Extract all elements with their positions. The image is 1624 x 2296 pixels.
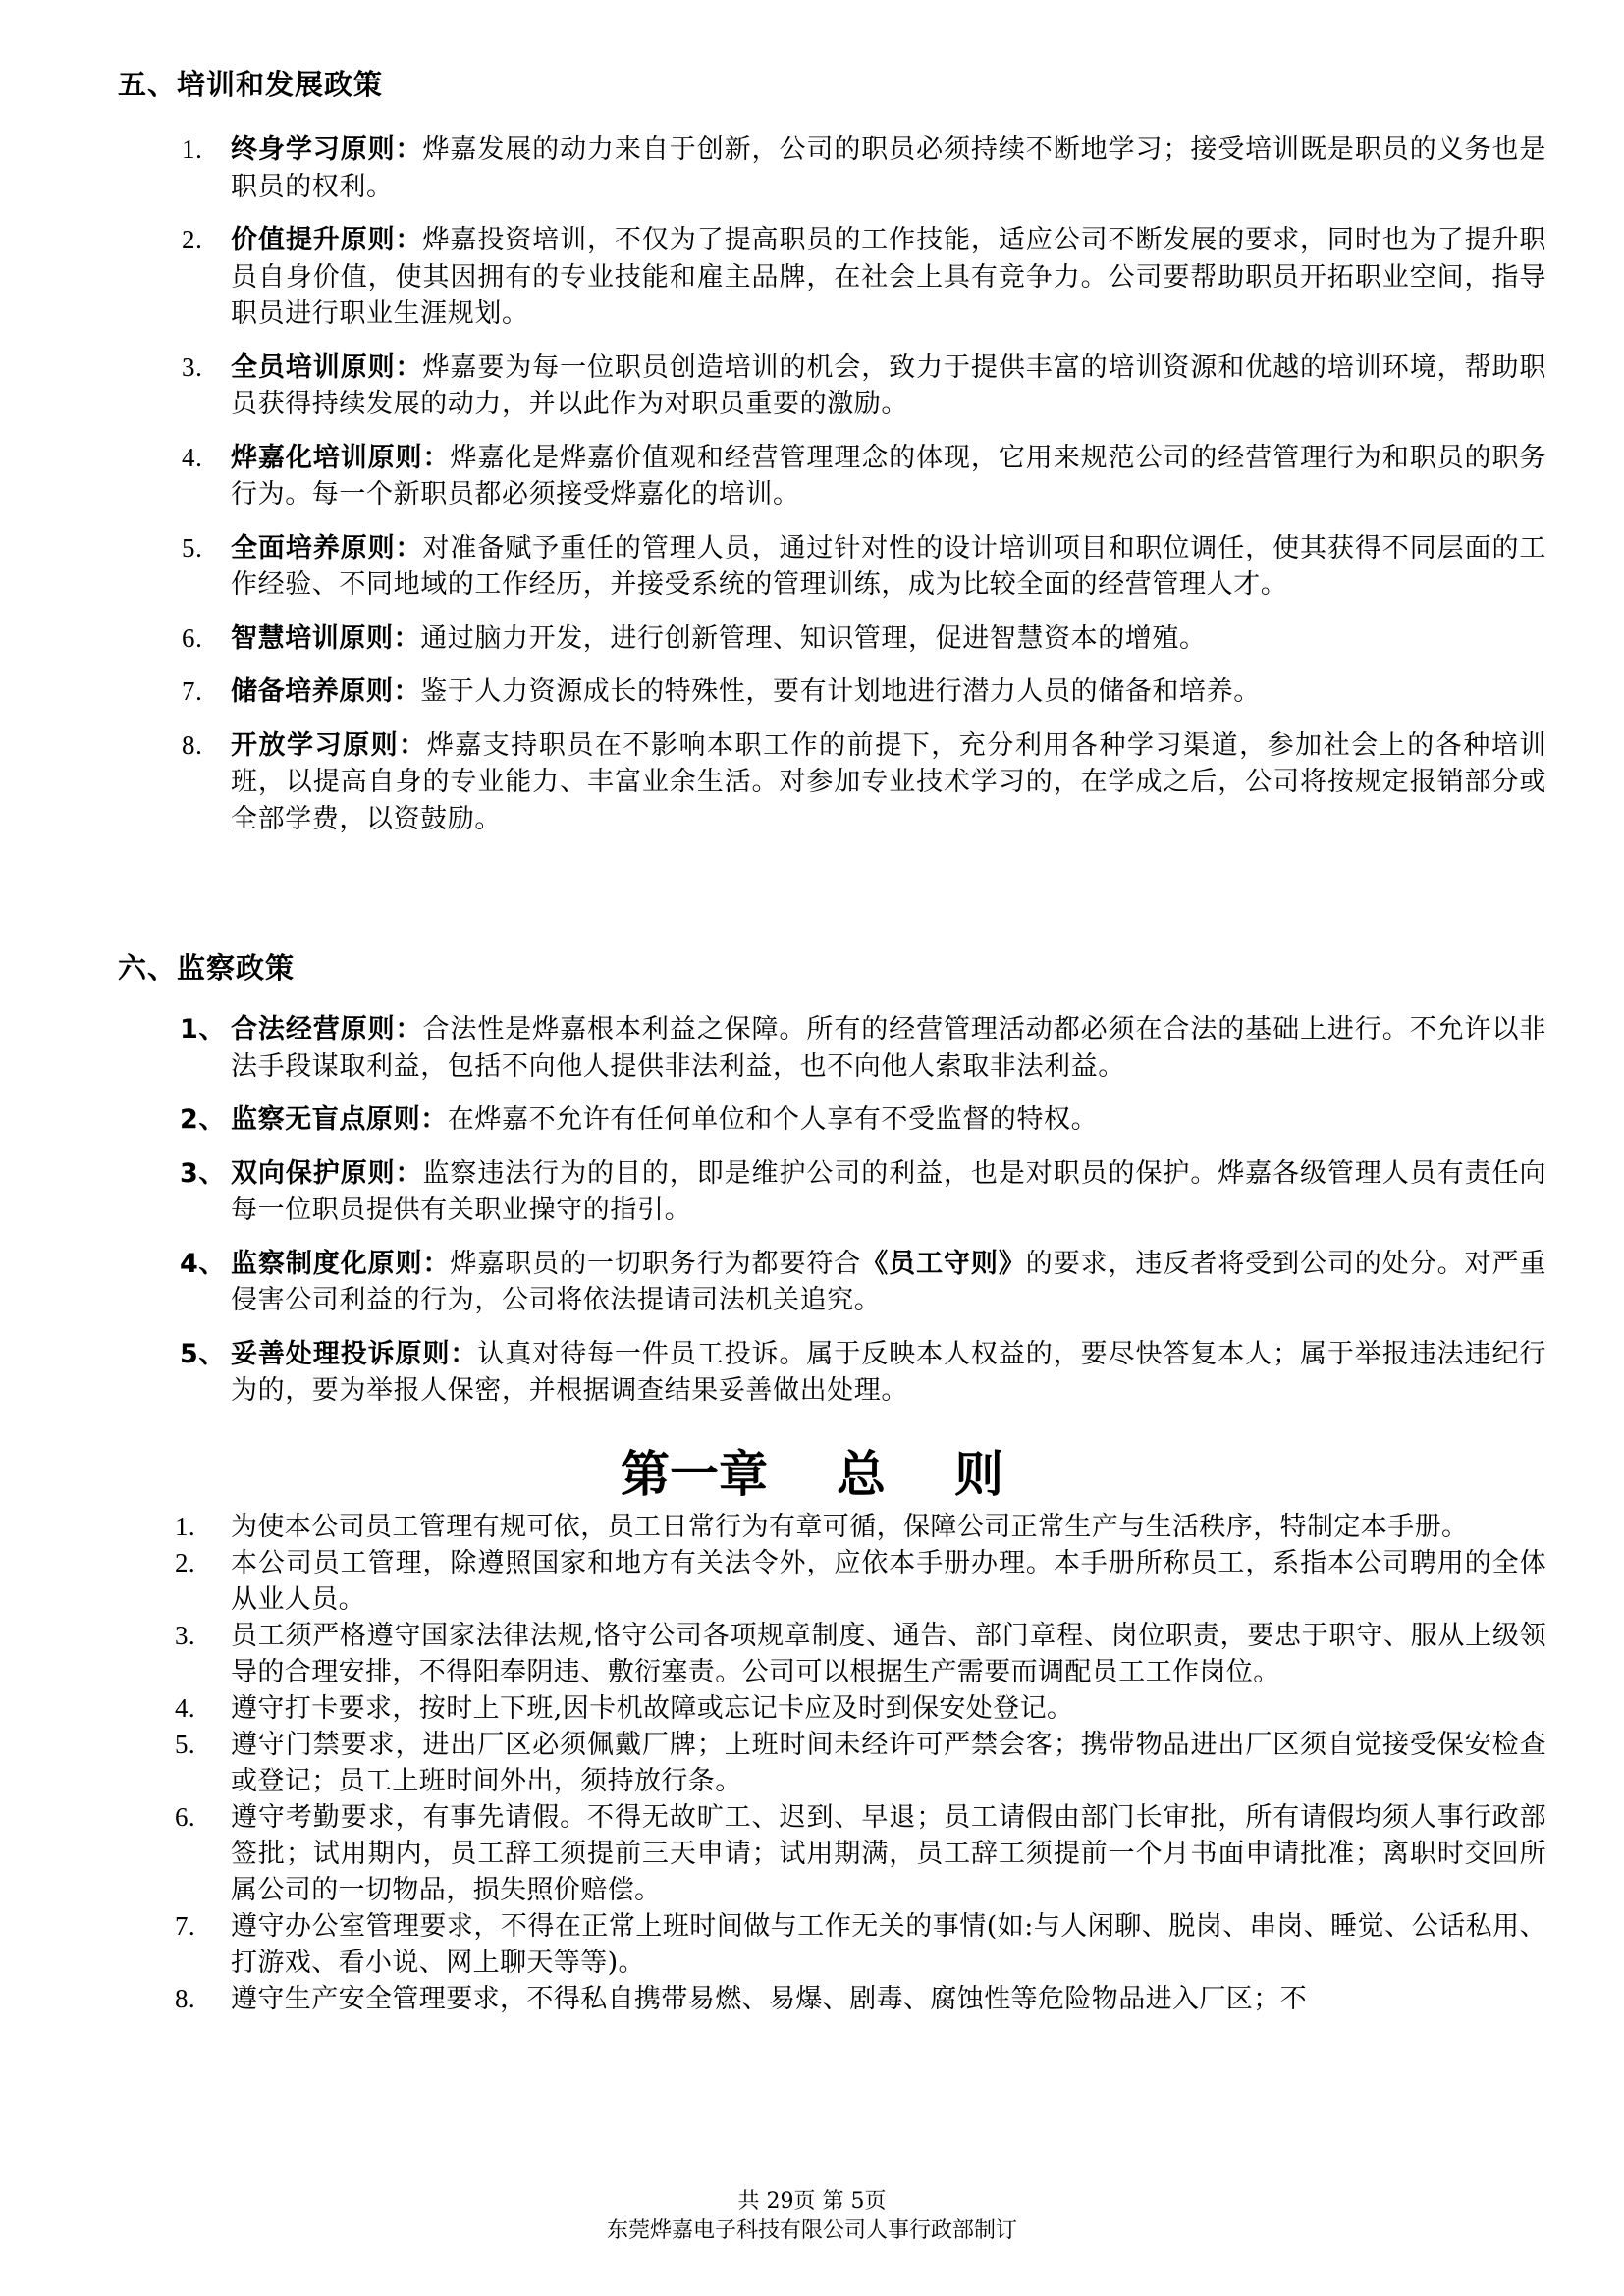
principle-term: 价值提升原则： [231, 225, 422, 255]
principle-term: 烨嘉化培训原则： [231, 443, 450, 473]
list-item: 1、合法经营原则：合法性是烨嘉根本利益之保障。所有的经营管理活动都必须在合法的基… [182, 1011, 1546, 1085]
list-item: 2.价值提升原则：烨嘉投资培训，不仅为了提高职员的工作技能，适应公司不断发展的要… [182, 222, 1546, 333]
principle-text: 烨嘉投资培训，不仅为了提高职员的工作技能，适应公司不断发展的要求，同时也为了提升… [231, 225, 1546, 329]
page-number: 共 29页 第 5页 [0, 2187, 1624, 2216]
rule-text: 遵守门禁要求，进出厂区必须佩戴厂牌；上班时间未经许可严禁会客；携带物品进出厂区须… [231, 1730, 1546, 1796]
principle-text: 烨嘉要为每一位职员创造培训的机会，致力于提供丰富的培训资源和优越的培训环境，帮助… [231, 352, 1546, 420]
rule-text: 遵守生产安全管理要求，不得私自携带易燃、易爆、剧毒、腐蚀性等危险物品进入厂区；不 [231, 1984, 1307, 2014]
item-number: 6. [175, 1799, 195, 1836]
rule-text: 遵守打卡要求，按时上下班,因卡机故障或忘记卡应及时到保安处登记。 [231, 1693, 1073, 1724]
principle-text: 烨嘉发展的动力来自于创新，公司的职员必须持续不断地学习；接受培训既是职员的义务也… [231, 134, 1546, 202]
principle-term: 智慧培训原则： [231, 623, 420, 654]
list-item: 7.储备培养原则：鉴于人力资源成长的特殊性，要有计划地进行潜力人员的储备和培养。 [182, 673, 1546, 711]
item-number: 1. [182, 132, 231, 169]
list-item: 3.全员培训原则：烨嘉要为每一位职员创造培训的机会，致力于提供丰富的培训资源和优… [182, 349, 1546, 423]
principle-text: 通过脑力开发，进行创新管理、知识管理，促进智慧资本的增殖。 [420, 623, 1206, 654]
item-number: 4. [175, 1690, 195, 1727]
principle-term: 监察无盲点原则： [231, 1104, 448, 1135]
list-item: 7.遵守办公室管理要求，不得在正常上班时间做与工作无关的事情(如:与人闲聊、脱岗… [175, 1908, 1546, 1981]
rule-text: 为使本公司员工管理有规可依，员工日常行为有章可循，保障公司正常生产与生活秩序，特… [231, 1512, 1468, 1542]
list-item: 5.全面培养原则：对准备赋予重任的管理人员，通过针对性的设计培训项目和职位调任，… [182, 530, 1546, 604]
principle-text: 合法性是烨嘉根本利益之保障。所有的经营管理活动都必须在合法的基础上进行。不允许以… [231, 1014, 1546, 1082]
principle-term: 储备培养原则： [231, 676, 420, 707]
item-number: 2. [175, 1545, 195, 1581]
list-item: 5.遵守门禁要求，进出厂区必须佩戴厂牌；上班时间未经许可严禁会客；携带物品进出厂… [175, 1727, 1546, 1799]
list-item: 4、监察制度化原则：烨嘉职员的一切职务行为都要符合《员工守则》的要求，违反者将受… [182, 1246, 1546, 1319]
footer-department: 东莞烨嘉电子科技有限公司人事行政部制订 [0, 2216, 1624, 2246]
list-item: 2.本公司员工管理，除遵照国家和地方有关法令外，应依本手册办理。本手册所称员工，… [175, 1545, 1546, 1618]
training-policy-list: 1.终身学习原则：烨嘉发展的动力来自于创新，公司的职员必须持续不断地学习；接受培… [182, 132, 1546, 854]
rule-text: 遵守考勤要求，有事先请假。不得无故旷工、迟到、早退；员工请假由部门长审批，所有请… [231, 1802, 1546, 1905]
principle-text: 烨嘉支持职员在不影响本职工作的前提下，充分利用各种学习渠道，参加社会上的各种培训… [231, 730, 1546, 834]
principle-text: 鉴于人力资源成长的特殊性，要有计划地进行潜力人员的储备和培养。 [420, 676, 1261, 707]
list-item: 3.员工须严格遵守国家法律法规,恪守公司各项规章制度、通告、部门章程、岗位职责，… [175, 1618, 1546, 1690]
chapter-title-number: 第一章 [621, 1443, 768, 1506]
list-item: 2、监察无盲点原则：在烨嘉不允许有任何单位和个人享有不受监督的特权。 [182, 1101, 1546, 1139]
principle-term: 合法经营原则： [231, 1014, 422, 1044]
principle-text: 在烨嘉不允许有任何单位和个人享有不受监督的特权。 [448, 1104, 1098, 1135]
item-number: 3、 [180, 1155, 229, 1193]
principle-term: 监察制度化原则： [231, 1249, 450, 1279]
list-item: 4.烨嘉化培训原则：烨嘉化是烨嘉价值观和经营管理理念的体现，它用来规范公司的经营… [182, 440, 1546, 513]
list-item: 5、妥善处理投诉原则：认真对待每一件员工投诉。属于反映本人权益的，要尽快答复本人… [182, 1336, 1546, 1410]
section-heading-supervision: 六、监察政策 [118, 948, 295, 988]
item-number: 2、 [180, 1101, 229, 1139]
item-number: 4. [182, 440, 231, 477]
item-number: 8. [182, 727, 231, 765]
item-number: 6. [182, 620, 231, 658]
principle-text: 监察违法行为的目的，即是维护公司的利益，也是对职员的保护。烨嘉各级管理人员有责任… [231, 1158, 1546, 1226]
item-number: 7. [175, 1908, 195, 1945]
item-number: 3. [182, 349, 231, 387]
list-item: 6.遵守考勤要求，有事先请假。不得无故旷工、迟到、早退；员工请假由部门长审批，所… [175, 1799, 1546, 1908]
principle-term: 终身学习原则： [231, 134, 422, 165]
item-number: 8. [175, 1981, 195, 2017]
item-number: 1. [175, 1509, 195, 1545]
principle-text: 对准备赋予重任的管理人员，通过针对性的设计培训项目和职位调任，使其获得不同层面的… [231, 533, 1546, 601]
item-number: 7. [182, 673, 231, 711]
item-number: 5、 [180, 1336, 229, 1373]
item-number: 1、 [180, 1011, 229, 1048]
rule-text: 遵守办公室管理要求，不得在正常上班时间做与工作无关的事情(如:与人闲聊、脱岗、串… [231, 1911, 1546, 1978]
list-item: 1.为使本公司员工管理有规可依，员工日常行为有章可循，保障公司正常生产与生活秩序… [175, 1509, 1546, 1545]
general-rules-list: 1.为使本公司员工管理有规可依，员工日常行为有章可循，保障公司正常生产与生活秩序… [175, 1509, 1546, 2017]
principle-term: 双向保护原则： [231, 1158, 422, 1189]
document-page: 五、培训和发展政策 1.终身学习原则：烨嘉发展的动力来自于创新，公司的职员必须持… [0, 0, 1624, 2296]
chapter-title-word1: 总 [837, 1443, 886, 1506]
item-number: 5. [175, 1727, 195, 1763]
section-heading-training: 五、培训和发展政策 [118, 65, 383, 104]
list-item: 6.智慧培训原则：通过脑力开发，进行创新管理、知识管理，促进智慧资本的增殖。 [182, 620, 1546, 658]
chapter-title-word2: 则 [954, 1443, 1003, 1506]
principle-term: 全面培养原则： [231, 533, 422, 563]
supervision-policy-list: 1、合法经营原则：合法性是烨嘉根本利益之保障。所有的经营管理活动都必须在合法的基… [182, 1011, 1546, 1426]
rule-text: 本公司员工管理，除遵照国家和地方有关法令外，应依本手册办理。本手册所称员工，系指… [231, 1548, 1546, 1615]
item-number: 5. [182, 530, 231, 567]
principle-term: 全员培训原则： [231, 352, 422, 383]
principle-text: 烨嘉职员的一切职务行为都要符合 [450, 1249, 861, 1279]
rule-text: 员工须严格遵守国家法律法规,恪守公司各项规章制度、通告、部门章程、岗位职责，要忠… [231, 1621, 1546, 1687]
list-item: 4.遵守打卡要求，按时上下班,因卡机故障或忘记卡应及时到保安处登记。 [175, 1690, 1546, 1727]
item-number: 3. [175, 1618, 195, 1654]
principle-term: 妥善处理投诉原则： [231, 1339, 477, 1369]
principle-term: 开放学习原则： [231, 730, 427, 761]
list-item: 1.终身学习原则：烨嘉发展的动力来自于创新，公司的职员必须持续不断地学习；接受培… [182, 132, 1546, 205]
list-item: 8.开放学习原则：烨嘉支持职员在不影响本职工作的前提下，充分利用各种学习渠道，参… [182, 727, 1546, 838]
list-item: 8.遵守生产安全管理要求，不得私自携带易燃、易爆、剧毒、腐蚀性等危险物品进入厂区… [175, 1981, 1546, 2017]
item-number: 2. [182, 222, 231, 259]
chapter-title: 第一章总则 [0, 1443, 1624, 1506]
employee-code-reference: 《员工守则》 [861, 1249, 1026, 1279]
list-item: 3、双向保护原则：监察违法行为的目的，即是维护公司的利益，也是对职员的保护。烨嘉… [182, 1155, 1546, 1229]
item-number: 4、 [180, 1246, 229, 1283]
